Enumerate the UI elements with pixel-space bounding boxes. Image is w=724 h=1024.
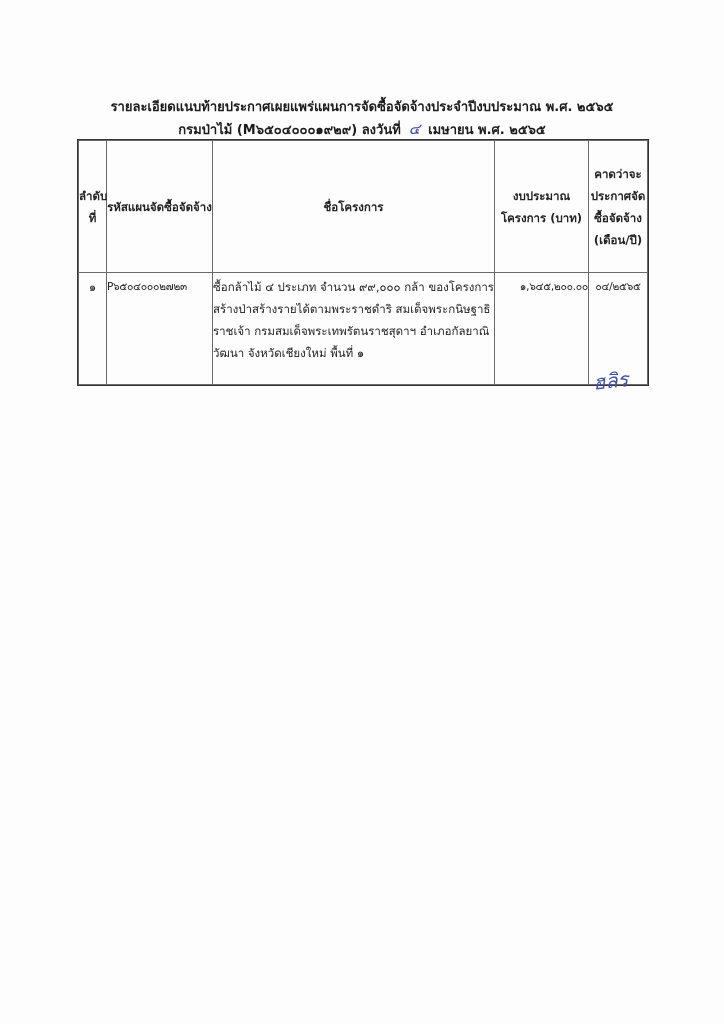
- header-expected-date: คาดว่าจะประกาศจัดซื้อจัดจ้าง (เดือน/ปี): [589, 141, 648, 273]
- procurement-plan-table: ลำดับที่ รหัสแผนจัดซื้อจัดจ้าง ชื่อโครงก…: [78, 140, 648, 385]
- subtitle-suffix: เมษายน พ.ศ. ๒๕๖๕: [428, 123, 546, 138]
- cell-project-name: ซื้อกล้าไม้ ๔ ประเภท จำนวน ๙๙,๐๐๐ กล้า ข…: [213, 273, 495, 385]
- subtitle-prefix: กรมป่าไม้ (M๖๕๐๔๐๐๐๑๙๒๙) ลงวันที่: [178, 123, 401, 138]
- handwritten-day: ๔: [401, 120, 428, 138]
- table-header-row: ลำดับที่ รหัสแผนจัดซื้อจัดจ้าง ชื่อโครงก…: [79, 141, 648, 273]
- table-row: ๑ P๖๕๐๔๐๐๐๒๗๒๓ ซื้อกล้าไม้ ๔ ประเภท จำนว…: [79, 273, 648, 385]
- header-project-name: ชื่อโครงการ: [213, 141, 495, 273]
- document-title: รายละเอียดแนบท้ายประกาศเผยแพร่แผนการจัดซ…: [0, 96, 724, 117]
- cell-budget: ๑,๖๔๕,๒๐๐.๐๐: [495, 273, 589, 385]
- cell-plan-code: P๖๕๐๔๐๐๐๒๗๒๓: [107, 273, 213, 385]
- header-budget: งบประมาณโครงการ (บาท): [495, 141, 589, 273]
- cell-no: ๑: [79, 273, 107, 385]
- handwritten-signature: ฮลิร: [591, 363, 629, 399]
- document-subtitle: กรมป่าไม้ (M๖๕๐๔๐๐๐๑๙๒๙) ลงวันที่๔เมษายน…: [0, 117, 724, 141]
- header-plan-code: รหัสแผนจัดซื้อจัดจ้าง: [107, 141, 213, 273]
- header-no: ลำดับที่: [79, 141, 107, 273]
